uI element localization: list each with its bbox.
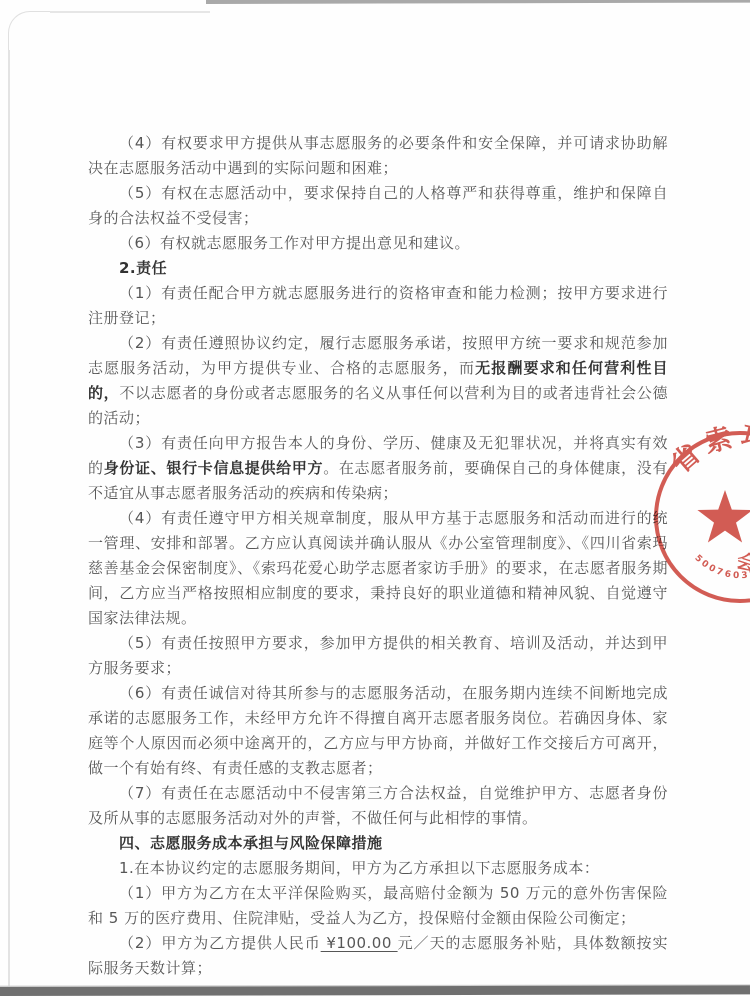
rights-item-6-text: （6）有权就志愿服务工作对甲方提出意见和建议。 (119, 234, 470, 252)
cost-intro-text: 1.在本协议约定的志愿服务期间，甲方为乙方承担以下志愿服务成本： (119, 859, 599, 877)
cost-item-1: （1）甲方为乙方在太平洋保险购买，最高赔付金额为 50 万元的意外伤害保险和 5… (88, 881, 668, 931)
rights-item-5-text: （5）有权在志愿活动中，要求保持自己的人格尊严和获得尊重，维护和保障自身的合法权… (88, 184, 668, 227)
rights-item-5: （5）有权在志愿活动中，要求保持自己的人格尊严和获得尊重，维护和保障自身的合法权… (88, 181, 668, 231)
scan-edge-top (206, 0, 750, 4)
duty-item-6: （6）有责任诚信对待其所参与的志愿服务活动，在服务期内连续不间断地完成承诺的志愿… (88, 681, 668, 781)
duty-item-4: （4）有责任遵守甲方相关规章制度，服从甲方基于志愿服务和活动而进行的统一管理、安… (88, 506, 668, 631)
cost-item-1-text: （1）甲方为乙方在太平洋保险购买，最高赔付金额为 50 万元的意外伤害保险和 5… (88, 884, 668, 927)
cost-item-2: （2）甲方为乙方提供人民币 ¥100.00 元／天的志愿服务补贴，具体数额按实际… (88, 931, 668, 981)
scan-edge-left (8, 50, 10, 986)
duty-item-1-text: （1）有责任配合甲方就志愿服务进行的资格审查和能力检测；按甲方要求进行注册登记； (88, 284, 668, 327)
duty-item-3: （3）有责任向甲方报告本人的身份、学历、健康及无犯罪状况，并将真实有效的身份证、… (88, 431, 668, 506)
duty-item-2-text: 不以志愿者的身份或者志愿服务的名义从事任何以营利为目的或者违背社会公德的活动； (88, 384, 668, 427)
cost-item-2-text: ¥100.00 (321, 934, 398, 952)
document-body: （4）有权要求甲方提供从事志愿服务的必要条件和安全保障，并可请求协助解决在志愿服… (88, 131, 668, 981)
duty-item-5: （5）有责任按照甲方要求，参加甲方提供的相关教育、培训及活动，并达到甲方服务要求… (88, 631, 668, 681)
red-star-icon (697, 490, 750, 543)
duty-item-7: （7）有责任在志愿活动中不侵害第三方合法权益，自觉维护甲方、志愿者身份及所从事的… (88, 781, 668, 831)
charity-foundation-seal: 省索玛慈 会 5007603 (640, 415, 750, 625)
duty-item-1: （1）有责任配合甲方就志愿服务进行的资格审查和能力检测；按甲方要求进行注册登记； (88, 281, 668, 331)
rights-item-6: （6）有权就志愿服务工作对甲方提出意见和建议。 (88, 231, 668, 256)
scanned-document-page: （4）有权要求甲方提供从事志愿服务的必要条件和安全保障，并可请求协助解决在志愿服… (0, 0, 750, 1000)
duty-item-3-text: 身份证、银行卡信息提供给甲方 (104, 459, 324, 477)
scan-edge-bottom (0, 985, 750, 996)
seal-ring-text: 省索玛慈 (666, 421, 750, 480)
scan-edge-top-faint (50, 11, 210, 13)
duty-item-4-text: （4）有责任遵守甲方相关规章制度，服从甲方基于志愿服务和活动而进行的统一管理、安… (88, 509, 668, 627)
duty-item-7-text: （7）有责任在志愿活动中不侵害第三方合法权益，自觉维护甲方、志愿者身份及所从事的… (88, 784, 668, 827)
rights-item-4: （4）有权要求甲方提供从事志愿服务的必要条件和安全保障，并可请求协助解决在志愿服… (88, 131, 668, 181)
cost-intro: 1.在本协议约定的志愿服务期间，甲方为乙方承担以下志愿服务成本： (88, 856, 668, 881)
duty-item-6-text: （6）有责任诚信对待其所参与的志愿服务活动，在服务期内连续不间断地完成承诺的志愿… (88, 684, 668, 777)
heading-section-4-text: 四、志愿服务成本承担与风险保障措施 (119, 834, 383, 852)
heading-duty: 2.责任 (88, 256, 668, 281)
cost-item-2-text: （2）甲方为乙方提供人民币 (119, 934, 321, 952)
scan-edge-corner (8, 11, 53, 56)
heading-section-4: 四、志愿服务成本承担与风险保障措施 (88, 831, 668, 856)
duty-item-2: （2）有责任遵照协议约定，履行志愿服务承诺，按照甲方统一要求和规范参加志愿服务活… (88, 331, 668, 431)
rights-item-4-text: （4）有权要求甲方提供从事志愿服务的必要条件和安全保障，并可请求协助解决在志愿服… (88, 134, 668, 177)
duty-item-5-text: （5）有责任按照甲方要求，参加甲方提供的相关教育、培训及活动，并达到甲方服务要求… (88, 634, 668, 677)
heading-duty-text: 2.责任 (119, 259, 167, 277)
